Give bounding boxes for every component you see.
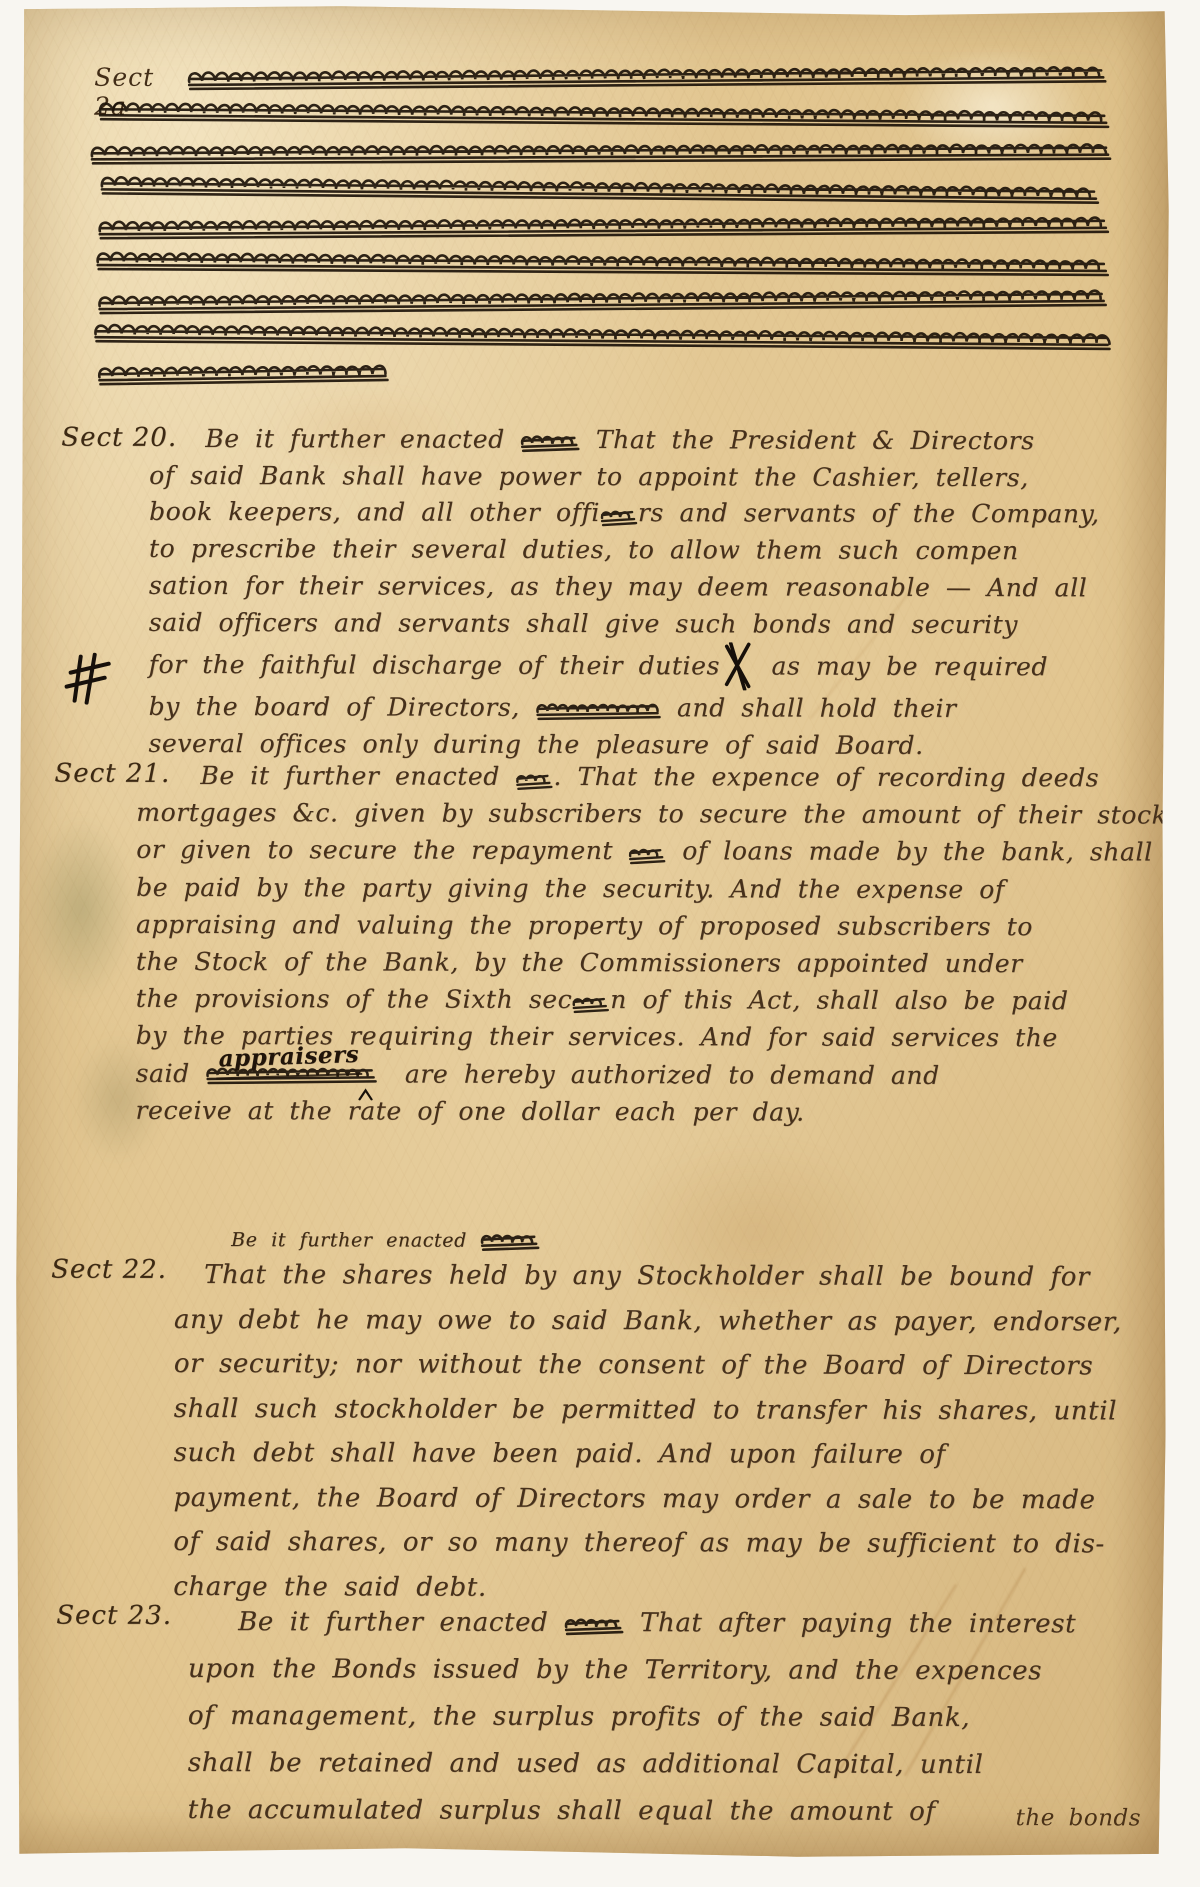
handwritten-line: be paid by the party giving the security… (136, 868, 1176, 908)
handwritten-line: by the board of Directors, and shall hol… (149, 689, 1100, 728)
handwritten-line: upon the Bonds issued by the Territory, … (188, 1646, 1076, 1695)
insertion-caret (357, 1088, 373, 1100)
strike-x-mark (722, 643, 754, 691)
handwritten-line: the accumulated surplus shall equal the … (188, 1787, 1076, 1836)
strike-scribble (515, 773, 553, 791)
handwritten-line: of said shares, or so many thereof as ma… (173, 1520, 1121, 1567)
struck-through-line (97, 360, 389, 396)
section-20: Sect 20. Be it further enacted That the … (60, 421, 1099, 765)
interlinear-insertion-appraisers: appraisers (205, 1064, 389, 1090)
section-23-label: Sect 23. (56, 1601, 172, 1631)
section-23: Sect 23. Be it further enacted That afte… (56, 1599, 1077, 1837)
handwritten-line: any debt he may owe to said Bank, whethe… (174, 1297, 1122, 1344)
handwritten-line: said appraisers are hereby authorized to… (136, 1054, 1176, 1094)
strike-scribble (629, 848, 667, 866)
handwritten-line: That the shares held by any Stockholder … (174, 1253, 1122, 1300)
handwritten-line: book keepers, and all other offirs and s… (149, 494, 1100, 533)
handwritten-line: to prescribe their several duties, to al… (149, 531, 1100, 570)
section-22: Sect 22. Be it further enacted That the … (50, 1253, 1122, 1612)
section-22-body: That the shares held by any Stockholder … (173, 1253, 1122, 1611)
struck-through-line (98, 212, 1110, 250)
struck-through-line (98, 97, 1110, 141)
section-23-body: Be it further enacted That after paying … (188, 1599, 1077, 1836)
handwritten-line: appraising and valuing the property of p… (136, 906, 1176, 946)
strike-scribble (572, 996, 610, 1014)
struck-through-line (100, 171, 1100, 216)
struck-through-line (93, 319, 1111, 363)
catchword: the bonds (1016, 1805, 1141, 1831)
scan-background: Sect 2a Sect 20. Be it further enacted T… (0, 0, 1200, 1887)
inserted-word: appraisers (215, 1035, 363, 1079)
struck-through-line (96, 247, 1110, 289)
interlinear-insertion: Be it further enacted (201, 1229, 540, 1253)
strike-scribble (600, 509, 638, 527)
handwritten-line: Be it further enacted . That the expence… (136, 757, 1176, 797)
handwritten-line: Be it further enacted That the President… (149, 421, 1100, 460)
handwritten-line: shall be retained and used as additional… (188, 1740, 1076, 1789)
struck-through-line (90, 139, 1112, 176)
struck-through-line (98, 285, 1108, 325)
handwritten-line: for the faithful discharge of their duti… (149, 641, 1100, 691)
handwritten-line: of said Bank shall have power to appoint… (149, 458, 1100, 497)
handwritten-line: payment, the Board of Directors may orde… (173, 1475, 1121, 1522)
handwritten-line: mortgages &c. given by subscribers to se… (136, 794, 1176, 834)
handwritten-line: shall such stockholder be permitted to t… (174, 1386, 1122, 1433)
section-21: Sect 21. Be it further enacted . That th… (53, 757, 1176, 1132)
strike-scribble (520, 434, 580, 454)
handwritten-line: or security; nor without the consent of … (174, 1342, 1122, 1389)
struck-through-line (187, 61, 1107, 101)
handwritten-line: such debt shall have been paid. And upon… (174, 1431, 1122, 1478)
manuscript-page: Sect 2a Sect 20. Be it further enacted T… (14, 4, 1171, 1859)
handwritten-line: of management, the surplus profits of th… (188, 1693, 1076, 1742)
handwritten-line: sation for their services, as they may d… (149, 568, 1100, 607)
handwritten-line: Be it further enacted (201, 1229, 540, 1253)
strike-scribble (480, 1233, 540, 1253)
handwritten-line: said officers and servants shall give su… (149, 604, 1100, 643)
struck-word-scribble (535, 702, 661, 722)
handwritten-line: Be it further enacted That after paying … (188, 1599, 1076, 1648)
handwritten-line: the provisions of the Sixth secn of this… (136, 980, 1176, 1020)
handwritten-line: or given to secure the repayment of loan… (136, 831, 1176, 871)
handwritten-line: receive at the rate of one dollar each p… (135, 1092, 1175, 1132)
strike-scribble (564, 1617, 624, 1637)
section-21-body: Be it further enacted . That the expence… (135, 757, 1176, 1132)
handwritten-line: the Stock of the Bank, by the Commission… (136, 943, 1176, 983)
section-22-label: Sect 22. (51, 1255, 167, 1285)
section-20-body: Be it further enacted That the President… (148, 421, 1099, 765)
